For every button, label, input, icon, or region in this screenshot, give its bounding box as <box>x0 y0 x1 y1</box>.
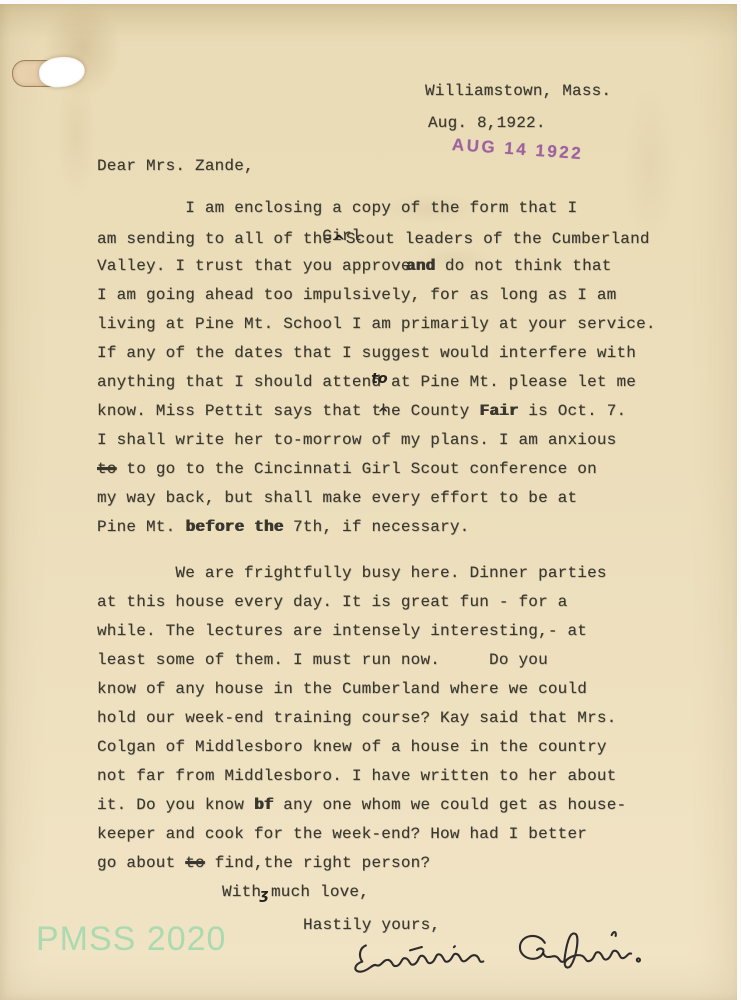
struck-text: to <box>185 854 205 872</box>
typed-text: any one whom we could get as house- <box>273 796 626 814</box>
letter-line: my way back, but shall make every effort… <box>97 484 677 513</box>
typed-text: I am enclosing a copy of the form that I <box>97 199 577 217</box>
typed-text: know. Miss Pettit says that the County <box>97 402 479 420</box>
overtyped-text: bf <box>254 796 274 814</box>
typed-text: We are frightfully busy here. Dinner par… <box>97 564 607 582</box>
typed-text: the right person? <box>264 854 431 872</box>
letter-line: hold our week-end training course? Kay s… <box>97 704 677 733</box>
typed-text: my way back, but shall make every effort… <box>97 489 577 507</box>
letter-line: I am going ahead too impulsively, for as… <box>97 281 677 310</box>
letter-line: Pine Mt. before the 7th, if necessary. <box>97 513 677 542</box>
place-line: Williamstown, Mass. <box>425 82 611 100</box>
paper-fastener <box>12 57 82 88</box>
letter-line: least some of them. I must run now. Do y… <box>97 646 677 675</box>
letter-line: it. Do you know bf any one whom we could… <box>97 791 677 820</box>
typed-text: find, <box>205 854 264 872</box>
date-line: Aug. 8,1922. <box>428 114 546 132</box>
typed-text: do not think that <box>435 257 611 275</box>
typed-text: Scout leaders of the Cumberland <box>346 230 650 248</box>
typed-text: Valley. I trust that you approve <box>97 257 411 275</box>
letter-line: anything that I should attendto^ at Pine… <box>97 368 677 397</box>
letter-line: We are frightfully busy here. Dinner par… <box>97 559 677 588</box>
typed-text: go about <box>97 854 185 872</box>
typed-text: If any of the dates that I suggest would… <box>97 344 636 362</box>
letter-line: living at Pine Mt. School I am primarily… <box>97 310 677 339</box>
typed-text: at Pine Mt. please let me <box>381 373 636 391</box>
typed-text: I shall write her to-morrow of my plans.… <box>97 431 616 449</box>
typed-text <box>244 518 254 536</box>
letter-line: I am enclosing a copy of the form that I <box>97 194 677 223</box>
overtyped-text: Fair <box>479 402 518 420</box>
letter-body: I am enclosing a copy of the form that I… <box>97 194 677 878</box>
salutation: Dear Mrs. Zande, <box>97 157 254 175</box>
letter-line: know of any house in the Cumberland wher… <box>97 675 677 704</box>
letter-line: not far from Middlesboro. I have written… <box>97 762 677 791</box>
received-date-stamp: AUG 14 1922 <box>451 135 584 164</box>
typed-text: I am going ahead too impulsively, for as… <box>97 286 616 304</box>
letter-line: know. Miss Pettit says that the County F… <box>97 397 677 426</box>
typed-text: living at Pine Mt. School I am primarily… <box>97 315 656 333</box>
typed-text: keeper and cook for the week-end? How ha… <box>97 825 587 843</box>
letter-line: am sending to all of theGirl^Scout leade… <box>97 223 677 252</box>
letter-line: I shall write her to-morrow of my plans.… <box>97 426 677 455</box>
typed-text: hold our week-end training course? Kay s… <box>97 709 616 727</box>
overtyped-text: the <box>254 518 283 536</box>
typed-text: while. The lectures are intensely intere… <box>97 622 587 640</box>
handwritten-insertion: to <box>371 372 387 387</box>
letter-line: If any of the dates that I suggest would… <box>97 339 677 368</box>
archive-watermark: PMSS 2020 <box>36 920 226 959</box>
typed-text: it. Do you know <box>97 796 254 814</box>
signature-handwriting <box>349 914 651 986</box>
typed-text: least some of them. I must run now. Do y… <box>97 651 548 669</box>
letter-paper: Williamstown, Mass. Aug. 8,1922. AUG 14 … <box>0 4 737 1000</box>
letter-line: go about to find,ʒthe right person? <box>97 849 677 878</box>
typed-text: not far from Middlesboro. I have written… <box>97 767 616 785</box>
letter-line: while. The lectures are intensely intere… <box>97 617 677 646</box>
typed-text: 7th, if necessary. <box>283 518 469 536</box>
typed-text: at this house every day. It is great fun… <box>97 593 567 611</box>
typed-text: know of any house in the Cumberland wher… <box>97 680 587 698</box>
typed-text: is Oct. 7. <box>518 402 626 420</box>
overtyped-text: and <box>406 257 435 275</box>
struck-text: to <box>97 460 117 478</box>
typed-text: Pine Mt. <box>97 518 185 536</box>
letter-line: to to go to the Cincinnati Girl Scout co… <box>97 455 677 484</box>
letter-line: at this house every day. It is great fun… <box>97 588 677 617</box>
letter-line: Colgan of Middlesboro knew of a house in… <box>97 733 677 762</box>
typed-text: anything that I should attend <box>97 373 381 391</box>
closing-with-much-love: With much love, <box>222 883 369 901</box>
typed-text: am sending to all of the <box>97 230 332 248</box>
letter-line: Valley. I trust that you approveand do n… <box>97 252 677 281</box>
typed-text: Colgan of Middlesboro knew of a house in… <box>97 738 607 756</box>
punch-hole <box>38 55 86 89</box>
typed-text: to go to the Cincinnati Girl Scout confe… <box>117 460 597 478</box>
overtyped-text: before <box>185 518 244 536</box>
letter-line: keeper and cook for the week-end? How ha… <box>97 820 677 849</box>
